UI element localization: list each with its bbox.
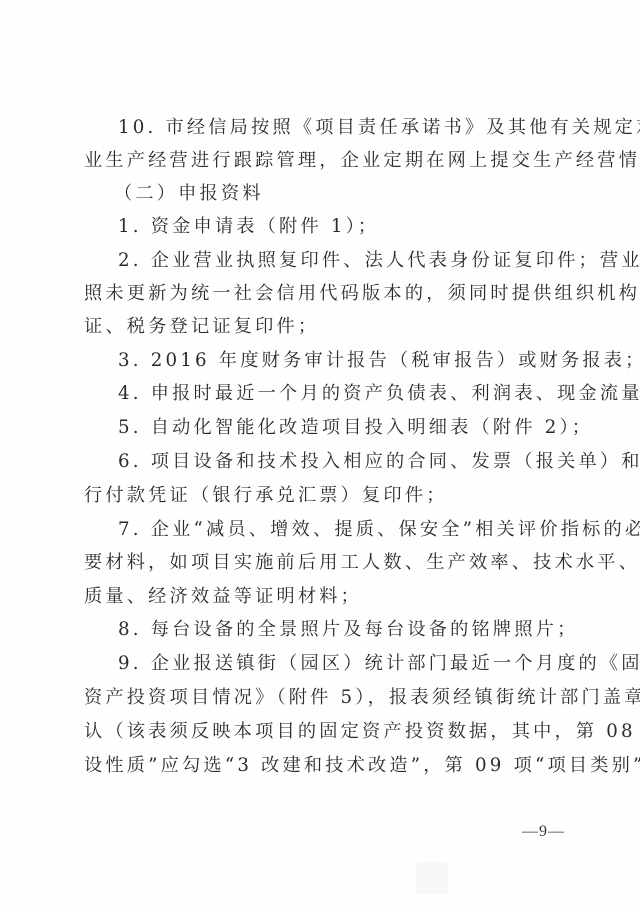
item-8-line-1: 8. 每台设备的全景照片及每台设备的铭牌照片； xyxy=(118,618,560,642)
item-9-line-1: 9. 企业报送镇街（园区）统计部门最近一个月度的《固定 xyxy=(118,652,560,676)
page-number: —9— xyxy=(522,822,565,842)
item-3-line-1: 3. 2016 年度财务审计报告（税审报告）或财务报表； xyxy=(118,349,560,373)
item-9-line-4: 设性质”应勾选“3 改建和技术改造”，第 09 项“项目类别”应 xyxy=(84,754,560,778)
document-page: 10. 市经信局按照《项目责任承诺书》及其他有关规定对企 业生产经营进行跟踪管理… xyxy=(0,0,640,906)
item-6-line-2: 行付款凭证（银行承兑汇票）复印件； xyxy=(84,484,560,508)
item-2-line-2: 照未更新为统一社会信用代码版本的，须同时提供组织机构代码 xyxy=(84,282,560,306)
item-1-line-1: 1. 资金申请表（附件 1）； xyxy=(118,215,560,239)
watermark-mark xyxy=(416,862,448,894)
item-2-line-1: 2. 企业营业执照复印件、法人代表身份证复印件；营业执 xyxy=(118,249,560,273)
item-9-line-2: 资产投资项目情况》（附件 5），报表须经镇街统计部门盖章确 xyxy=(84,686,560,710)
item-9-line-3: 认（该表须反映本项目的固定资产投资数据，其中，第 08 项“建 xyxy=(84,720,560,744)
paragraph-10-line-1: 10. 市经信局按照《项目责任承诺书》及其他有关规定对企 xyxy=(118,116,560,140)
item-7-line-3: 质量、经济效益等证明材料； xyxy=(84,585,560,609)
item-7-line-1: 7. 企业“减员、增效、提质、保安全”相关评价指标的必 xyxy=(118,518,560,542)
section-heading-application-materials: （二）申报资料 xyxy=(114,182,590,206)
item-6-line-1: 6. 项目设备和技术投入相应的合同、发票（报关单）和银 xyxy=(118,450,560,474)
paragraph-10-line-2: 业生产经营进行跟踪管理，企业定期在网上提交生产经营情况。 xyxy=(84,149,560,173)
item-7-line-2: 要材料，如项目实施前后用工人数、生产效率、技术水平、产品 xyxy=(84,551,560,575)
item-4-line-1: 4. 申报时最近一个月的资产负债表、利润表、现金流量表； xyxy=(118,382,560,406)
item-5-line-1: 5. 自动化智能化改造项目投入明细表（附件 2）； xyxy=(118,416,560,440)
item-2-line-3: 证、税务登记证复印件； xyxy=(84,315,560,339)
